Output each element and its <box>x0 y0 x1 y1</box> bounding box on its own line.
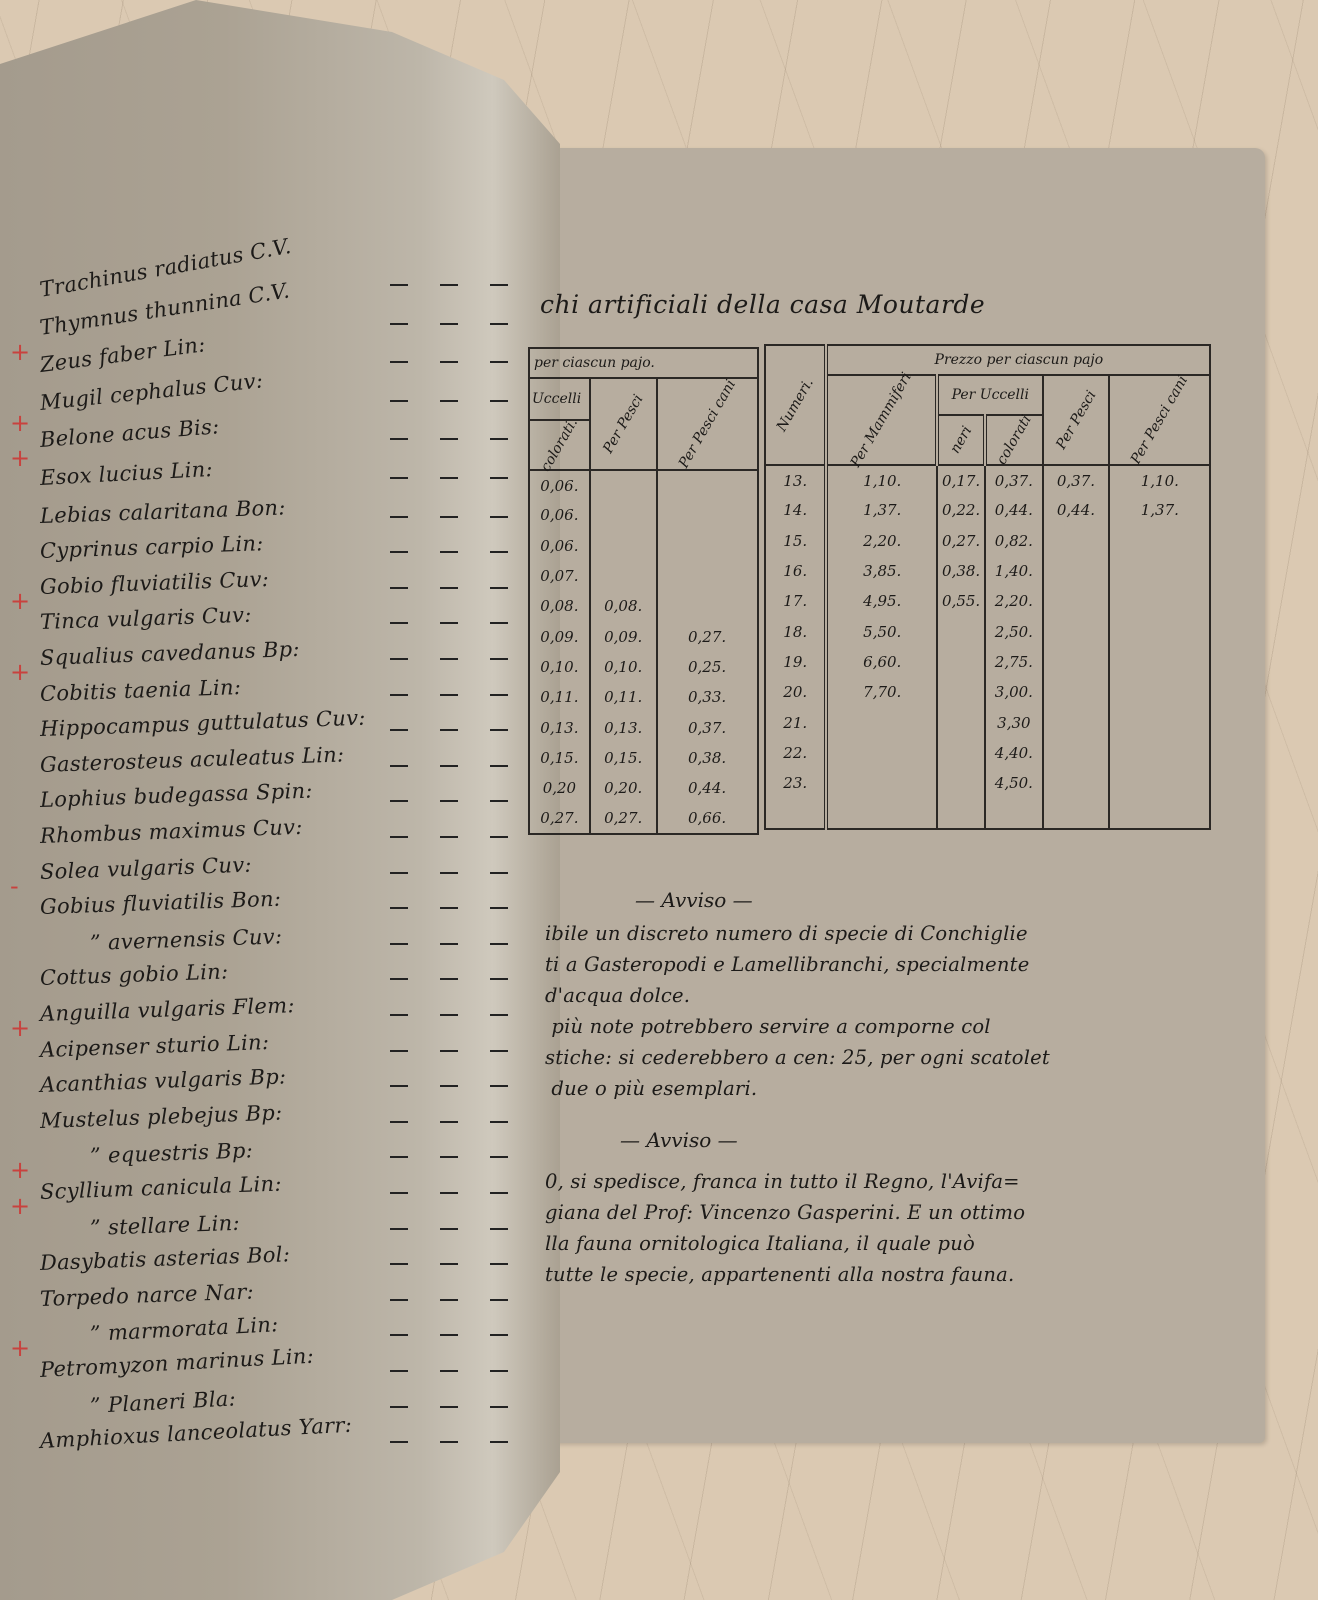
leader-dash <box>490 400 508 402</box>
notice-line: ibile un discreto numero di specie di Co… <box>545 922 1028 945</box>
table-cell: 0,07. <box>529 561 590 591</box>
table-cell <box>826 738 937 768</box>
table-cell <box>826 768 937 798</box>
table-cell <box>937 616 985 646</box>
table-cell <box>765 798 826 828</box>
leader-dash <box>440 978 458 980</box>
table-row: 0,06. <box>529 531 758 561</box>
table-cell: 3,85. <box>826 556 937 586</box>
table-cell: 7,70. <box>826 677 937 707</box>
table-cell: 1,37. <box>826 495 937 525</box>
red-mark-icon: + <box>10 411 30 435</box>
header-prezzo: Prezzo per ciascun pajo <box>826 345 1210 375</box>
table-cell: 1,10. <box>826 465 937 495</box>
leader-dash <box>390 323 408 325</box>
leader-dash <box>390 516 408 518</box>
leader-dash <box>490 1441 508 1443</box>
leader-dash <box>440 1299 458 1301</box>
leader-dash <box>490 694 508 696</box>
header-pesci: Per Pesci <box>590 378 657 470</box>
leader-dash <box>390 1263 408 1265</box>
table-cell: 0,10. <box>529 652 590 682</box>
table-cell <box>1043 616 1110 646</box>
table-cell: 2,75. <box>985 647 1042 677</box>
leader-dash <box>490 836 508 838</box>
table-cell <box>826 707 937 737</box>
notice-line: lla fauna ornitologica Italiana, il qual… <box>545 1232 975 1255</box>
red-mark-icon: + <box>10 340 30 364</box>
table-cell: 0,27. <box>657 621 758 651</box>
table-cell <box>985 798 1042 828</box>
table-cell <box>1109 798 1210 828</box>
leader-dash <box>490 1156 508 1158</box>
table-cell <box>1043 707 1110 737</box>
red-mark-icon: + <box>10 446 30 470</box>
table-cell: 0,09. <box>590 621 657 651</box>
header-pesci: Per Pesci <box>1043 375 1110 465</box>
table-row: 0,06. <box>529 470 758 500</box>
red-mark-icon: - <box>10 874 19 898</box>
table-row: 15.2,20.0,27.0,82. <box>765 526 1210 556</box>
table-cell <box>1109 647 1210 677</box>
table-row: 0,09.0,09.0,27. <box>529 621 758 651</box>
table-cell: 0,44. <box>657 773 758 803</box>
table-cell: 20. <box>765 677 826 707</box>
leader-dash <box>490 1050 508 1052</box>
table-cell: 0,38. <box>657 743 758 773</box>
leader-dash <box>390 477 408 479</box>
notice-line: due o più esemplari. <box>545 1077 757 1100</box>
red-mark-icon: + <box>10 1194 30 1218</box>
leader-dash <box>440 1121 458 1123</box>
table-cell <box>590 561 657 591</box>
table-cell: 1,10. <box>1109 465 1210 495</box>
leader-dash <box>440 1370 458 1372</box>
table-cell: 0,17. <box>937 465 985 495</box>
leader-dash <box>440 872 458 874</box>
table-cell: 4,40. <box>985 738 1042 768</box>
leader-dash <box>390 1050 408 1052</box>
table-cell: 0,37. <box>985 465 1042 495</box>
table-cell: 6,60. <box>826 647 937 677</box>
table-cell <box>1109 738 1210 768</box>
table-cell <box>1109 768 1210 798</box>
table-row: 18.5,50.2,50. <box>765 616 1210 646</box>
leader-dash <box>390 658 408 660</box>
leader-dash <box>390 1121 408 1123</box>
leader-dash <box>390 1085 408 1087</box>
table-cell <box>590 531 657 561</box>
table-row: 0,15.0,15.0,38. <box>529 743 758 773</box>
leader-dash <box>440 800 458 802</box>
leader-dash <box>490 1085 508 1087</box>
leader-dash <box>440 907 458 909</box>
header-uccelli: Uccelli <box>529 378 590 420</box>
leader-dash <box>440 361 458 363</box>
leader-dash <box>440 323 458 325</box>
table-cell: 14. <box>765 495 826 525</box>
leader-dash <box>390 978 408 980</box>
table-cell: 0,37. <box>1043 465 1110 495</box>
leader-dash <box>390 907 408 909</box>
table-cell: 2,20. <box>985 586 1042 616</box>
leader-dash <box>490 1228 508 1230</box>
leader-dash <box>440 729 458 731</box>
leader-dash <box>440 477 458 479</box>
table-row: 0,07. <box>529 561 758 591</box>
header-neri: neri <box>937 415 985 465</box>
leader-dash <box>390 551 408 553</box>
table-cell <box>590 470 657 500</box>
leader-dash <box>390 694 408 696</box>
table-cell <box>1043 526 1110 556</box>
table-cell <box>1043 768 1110 798</box>
leader-dash <box>440 1263 458 1265</box>
table-cell: 0,09. <box>529 621 590 651</box>
notice-line: stiche: si cederebbero a cen: 25, per og… <box>545 1046 1050 1069</box>
table-row: 0,27.0,27.0,66. <box>529 803 758 833</box>
table-cell: 0,20 <box>529 773 590 803</box>
price-table-left: per ciascun pajo. Uccelli Per Pesci Per … <box>528 347 759 835</box>
table-cell: 1,37. <box>1109 495 1210 525</box>
table-cell: 0,11. <box>590 682 657 712</box>
leader-dash <box>490 516 508 518</box>
table-cell: 0,33. <box>657 682 758 712</box>
table-cell <box>590 500 657 530</box>
species-entry: ” stellare Lin: <box>90 1210 241 1239</box>
table-cell <box>657 591 758 621</box>
red-mark-icon: + <box>10 1016 30 1040</box>
table-cell: 2,20. <box>826 526 937 556</box>
leader-dash <box>440 836 458 838</box>
table-row: 22.4,40. <box>765 738 1210 768</box>
notice-line: ti a Gasteropodi e Lamellibranchi, speci… <box>545 953 1029 976</box>
leader-dash <box>390 1370 408 1372</box>
leader-dash <box>440 1334 458 1336</box>
table-cell <box>1043 798 1110 828</box>
header-mammiferi: Per Mammiferi <box>826 375 937 465</box>
table-cell <box>1109 526 1210 556</box>
table-cell <box>937 798 985 828</box>
leader-dash <box>490 765 508 767</box>
leader-dash <box>440 516 458 518</box>
leader-dash <box>490 284 508 286</box>
leader-dash <box>440 551 458 553</box>
leader-dash <box>390 872 408 874</box>
table-row: 13.1,10.0,17.0,37.0,37.1,10. <box>765 465 1210 495</box>
notice-heading-1: — Avviso — <box>635 888 753 912</box>
header-pesci-cani: Per Pesci cani <box>657 378 758 470</box>
table-cell: 0,55. <box>937 586 985 616</box>
table-cell: 15. <box>765 526 826 556</box>
notice-line: 0, si spedisce, franca in tutto il Regno… <box>545 1170 1020 1193</box>
table-cell <box>826 798 937 828</box>
leader-dash <box>440 1406 458 1408</box>
table-cell: 0,66. <box>657 803 758 833</box>
leader-dash <box>390 400 408 402</box>
table-cell: 0,22. <box>937 495 985 525</box>
table-cell <box>657 500 758 530</box>
leader-dash <box>490 1121 508 1123</box>
leader-dash <box>490 1192 508 1194</box>
leader-dash <box>490 323 508 325</box>
table-cell: 0,15. <box>590 743 657 773</box>
table-cell: 17. <box>765 586 826 616</box>
leader-dash <box>440 284 458 286</box>
leader-dash <box>390 800 408 802</box>
leader-dash <box>490 872 508 874</box>
leader-dash <box>440 1085 458 1087</box>
leader-dash <box>390 284 408 286</box>
leader-dash <box>390 765 408 767</box>
leader-dash <box>440 694 458 696</box>
table-cell: 0,44. <box>985 495 1042 525</box>
table-cell: 0,27. <box>529 803 590 833</box>
table-cell <box>1043 677 1110 707</box>
table-row: 21.3,30 <box>765 707 1210 737</box>
table-cell <box>937 677 985 707</box>
red-mark-icon: + <box>10 1158 30 1182</box>
table-cell <box>1109 677 1210 707</box>
leader-dash <box>490 1406 508 1408</box>
leader-dash <box>440 1050 458 1052</box>
header-colorati: colorati <box>985 415 1042 465</box>
table-cell: 5,50. <box>826 616 937 646</box>
table-cell: 21. <box>765 707 826 737</box>
table-cell: 0,13. <box>590 712 657 742</box>
leader-dash <box>440 1441 458 1443</box>
table-cell <box>1109 616 1210 646</box>
header-per-pajo: per ciascun pajo. <box>529 348 758 378</box>
header-colorati: colorati. <box>529 420 590 470</box>
notice-line: giana del Prof: Vincenzo Gasperini. E un… <box>545 1201 1025 1224</box>
notice-line: d'acqua dolce. <box>545 984 690 1007</box>
table-row: 0,06. <box>529 500 758 530</box>
leader-dash <box>390 1299 408 1301</box>
leader-dash <box>490 622 508 624</box>
red-mark-icon: + <box>10 1336 30 1360</box>
table-cell <box>1043 556 1110 586</box>
leader-dash <box>390 943 408 945</box>
table-cell: 19. <box>765 647 826 677</box>
table-cell <box>1043 647 1110 677</box>
table-cell: 13. <box>765 465 826 495</box>
leader-dash <box>490 1014 508 1016</box>
page-title: chi artificiali della casa Moutarde <box>540 290 985 319</box>
leader-dash <box>440 400 458 402</box>
leader-dash <box>440 658 458 660</box>
table-cell <box>1109 707 1210 737</box>
leader-dash <box>490 587 508 589</box>
table-row: 0,08.0,08. <box>529 591 758 621</box>
leader-dash <box>390 1228 408 1230</box>
table-cell: 0,06. <box>529 470 590 500</box>
table-cell: 1,40. <box>985 556 1042 586</box>
leader-dash <box>390 1192 408 1194</box>
table-cell: 0,38. <box>937 556 985 586</box>
leader-dash <box>440 1014 458 1016</box>
table-cell <box>1109 586 1210 616</box>
table-row: 0,13.0,13.0,37. <box>529 712 758 742</box>
table-cell: 0,08. <box>529 591 590 621</box>
leader-dash <box>390 438 408 440</box>
leader-dash <box>390 1441 408 1443</box>
header-pesci-cani: Per Pesci cani <box>1109 375 1210 465</box>
leader-dash <box>490 907 508 909</box>
notice-heading-2: — Avviso — <box>620 1128 738 1152</box>
table-cell <box>1043 586 1110 616</box>
leader-dash <box>390 1334 408 1336</box>
table-row: 20.7,70.3,00. <box>765 677 1210 707</box>
table-row: 0,11.0,11.0,33. <box>529 682 758 712</box>
table-cell: 0,06. <box>529 531 590 561</box>
table-cell: 0,20. <box>590 773 657 803</box>
table-cell: 3,00. <box>985 677 1042 707</box>
notice-line: più note potrebbero servire a comporne c… <box>545 1015 991 1038</box>
table-cell: 0,82. <box>985 526 1042 556</box>
leader-dash <box>490 438 508 440</box>
table-cell <box>937 707 985 737</box>
header-per-uccelli: Per Uccelli <box>937 375 1043 415</box>
leader-dash <box>440 622 458 624</box>
table-cell: 16. <box>765 556 826 586</box>
table-cell: 0,08. <box>590 591 657 621</box>
table-cell <box>937 647 985 677</box>
table-cell: 0,44. <box>1043 495 1110 525</box>
table-cell: 0,11. <box>529 682 590 712</box>
table-row: 17.4,95.0,55.2,20. <box>765 586 1210 616</box>
leader-dash <box>390 622 408 624</box>
table-cell: 4,95. <box>826 586 937 616</box>
table-cell: 22. <box>765 738 826 768</box>
leader-dash <box>440 1156 458 1158</box>
table-row: 16.3,85.0,38.1,40. <box>765 556 1210 586</box>
table-cell <box>657 531 758 561</box>
table-cell: 0,15. <box>529 743 590 773</box>
table-cell <box>937 768 985 798</box>
leader-dash <box>490 800 508 802</box>
table-cell <box>1043 738 1110 768</box>
table-cell: 0,37. <box>657 712 758 742</box>
leader-dash <box>440 1192 458 1194</box>
leader-dash <box>390 587 408 589</box>
leader-dash <box>440 943 458 945</box>
leader-dash <box>390 1156 408 1158</box>
table-row: 14.1,37.0,22.0,44.0,44.1,37. <box>765 495 1210 525</box>
leader-dash <box>390 729 408 731</box>
table-cell: 3,30 <box>985 707 1042 737</box>
table-cell: 0,10. <box>590 652 657 682</box>
leader-dash <box>390 1014 408 1016</box>
leader-dash <box>490 1334 508 1336</box>
table-cell: 4,50. <box>985 768 1042 798</box>
leader-dash <box>490 943 508 945</box>
table-cell: 0,27. <box>590 803 657 833</box>
table-cell: 0,27. <box>937 526 985 556</box>
leader-dash <box>390 1406 408 1408</box>
table-row: 0,200,20.0,44. <box>529 773 758 803</box>
leader-dash <box>490 1263 508 1265</box>
leader-dash <box>490 477 508 479</box>
table-cell: 0,13. <box>529 712 590 742</box>
table-cell: 23. <box>765 768 826 798</box>
header-numeri: Numeri. <box>765 345 826 465</box>
table-cell <box>657 561 758 591</box>
leader-dash <box>490 361 508 363</box>
table-row: 19.6,60.2,75. <box>765 647 1210 677</box>
leader-dash <box>390 836 408 838</box>
leader-dash <box>490 978 508 980</box>
leader-dash <box>440 1228 458 1230</box>
leader-dash <box>490 1299 508 1301</box>
table-cell <box>937 738 985 768</box>
red-mark-icon: + <box>10 660 30 684</box>
table-row: 0,10.0,10.0,25. <box>529 652 758 682</box>
price-table-right: Numeri. Prezzo per ciascun pajo Per Mamm… <box>764 344 1211 830</box>
leader-dash <box>440 765 458 767</box>
leader-dash <box>440 438 458 440</box>
table-cell: 2,50. <box>985 616 1042 646</box>
leader-dash <box>490 729 508 731</box>
leader-dash <box>390 361 408 363</box>
leader-dash <box>490 551 508 553</box>
table-cell <box>657 470 758 500</box>
table-cell: 18. <box>765 616 826 646</box>
table-row: 23.4,50. <box>765 768 1210 798</box>
table-cell: 0,25. <box>657 652 758 682</box>
table-cell: 0,06. <box>529 500 590 530</box>
leader-dash <box>490 1370 508 1372</box>
leader-dash <box>440 587 458 589</box>
table-row <box>765 798 1210 828</box>
red-mark-icon: + <box>10 589 30 613</box>
leader-dash <box>490 658 508 660</box>
table-cell <box>1109 556 1210 586</box>
notice-line: tutte le specie, appartenenti alla nostr… <box>545 1263 1014 1286</box>
